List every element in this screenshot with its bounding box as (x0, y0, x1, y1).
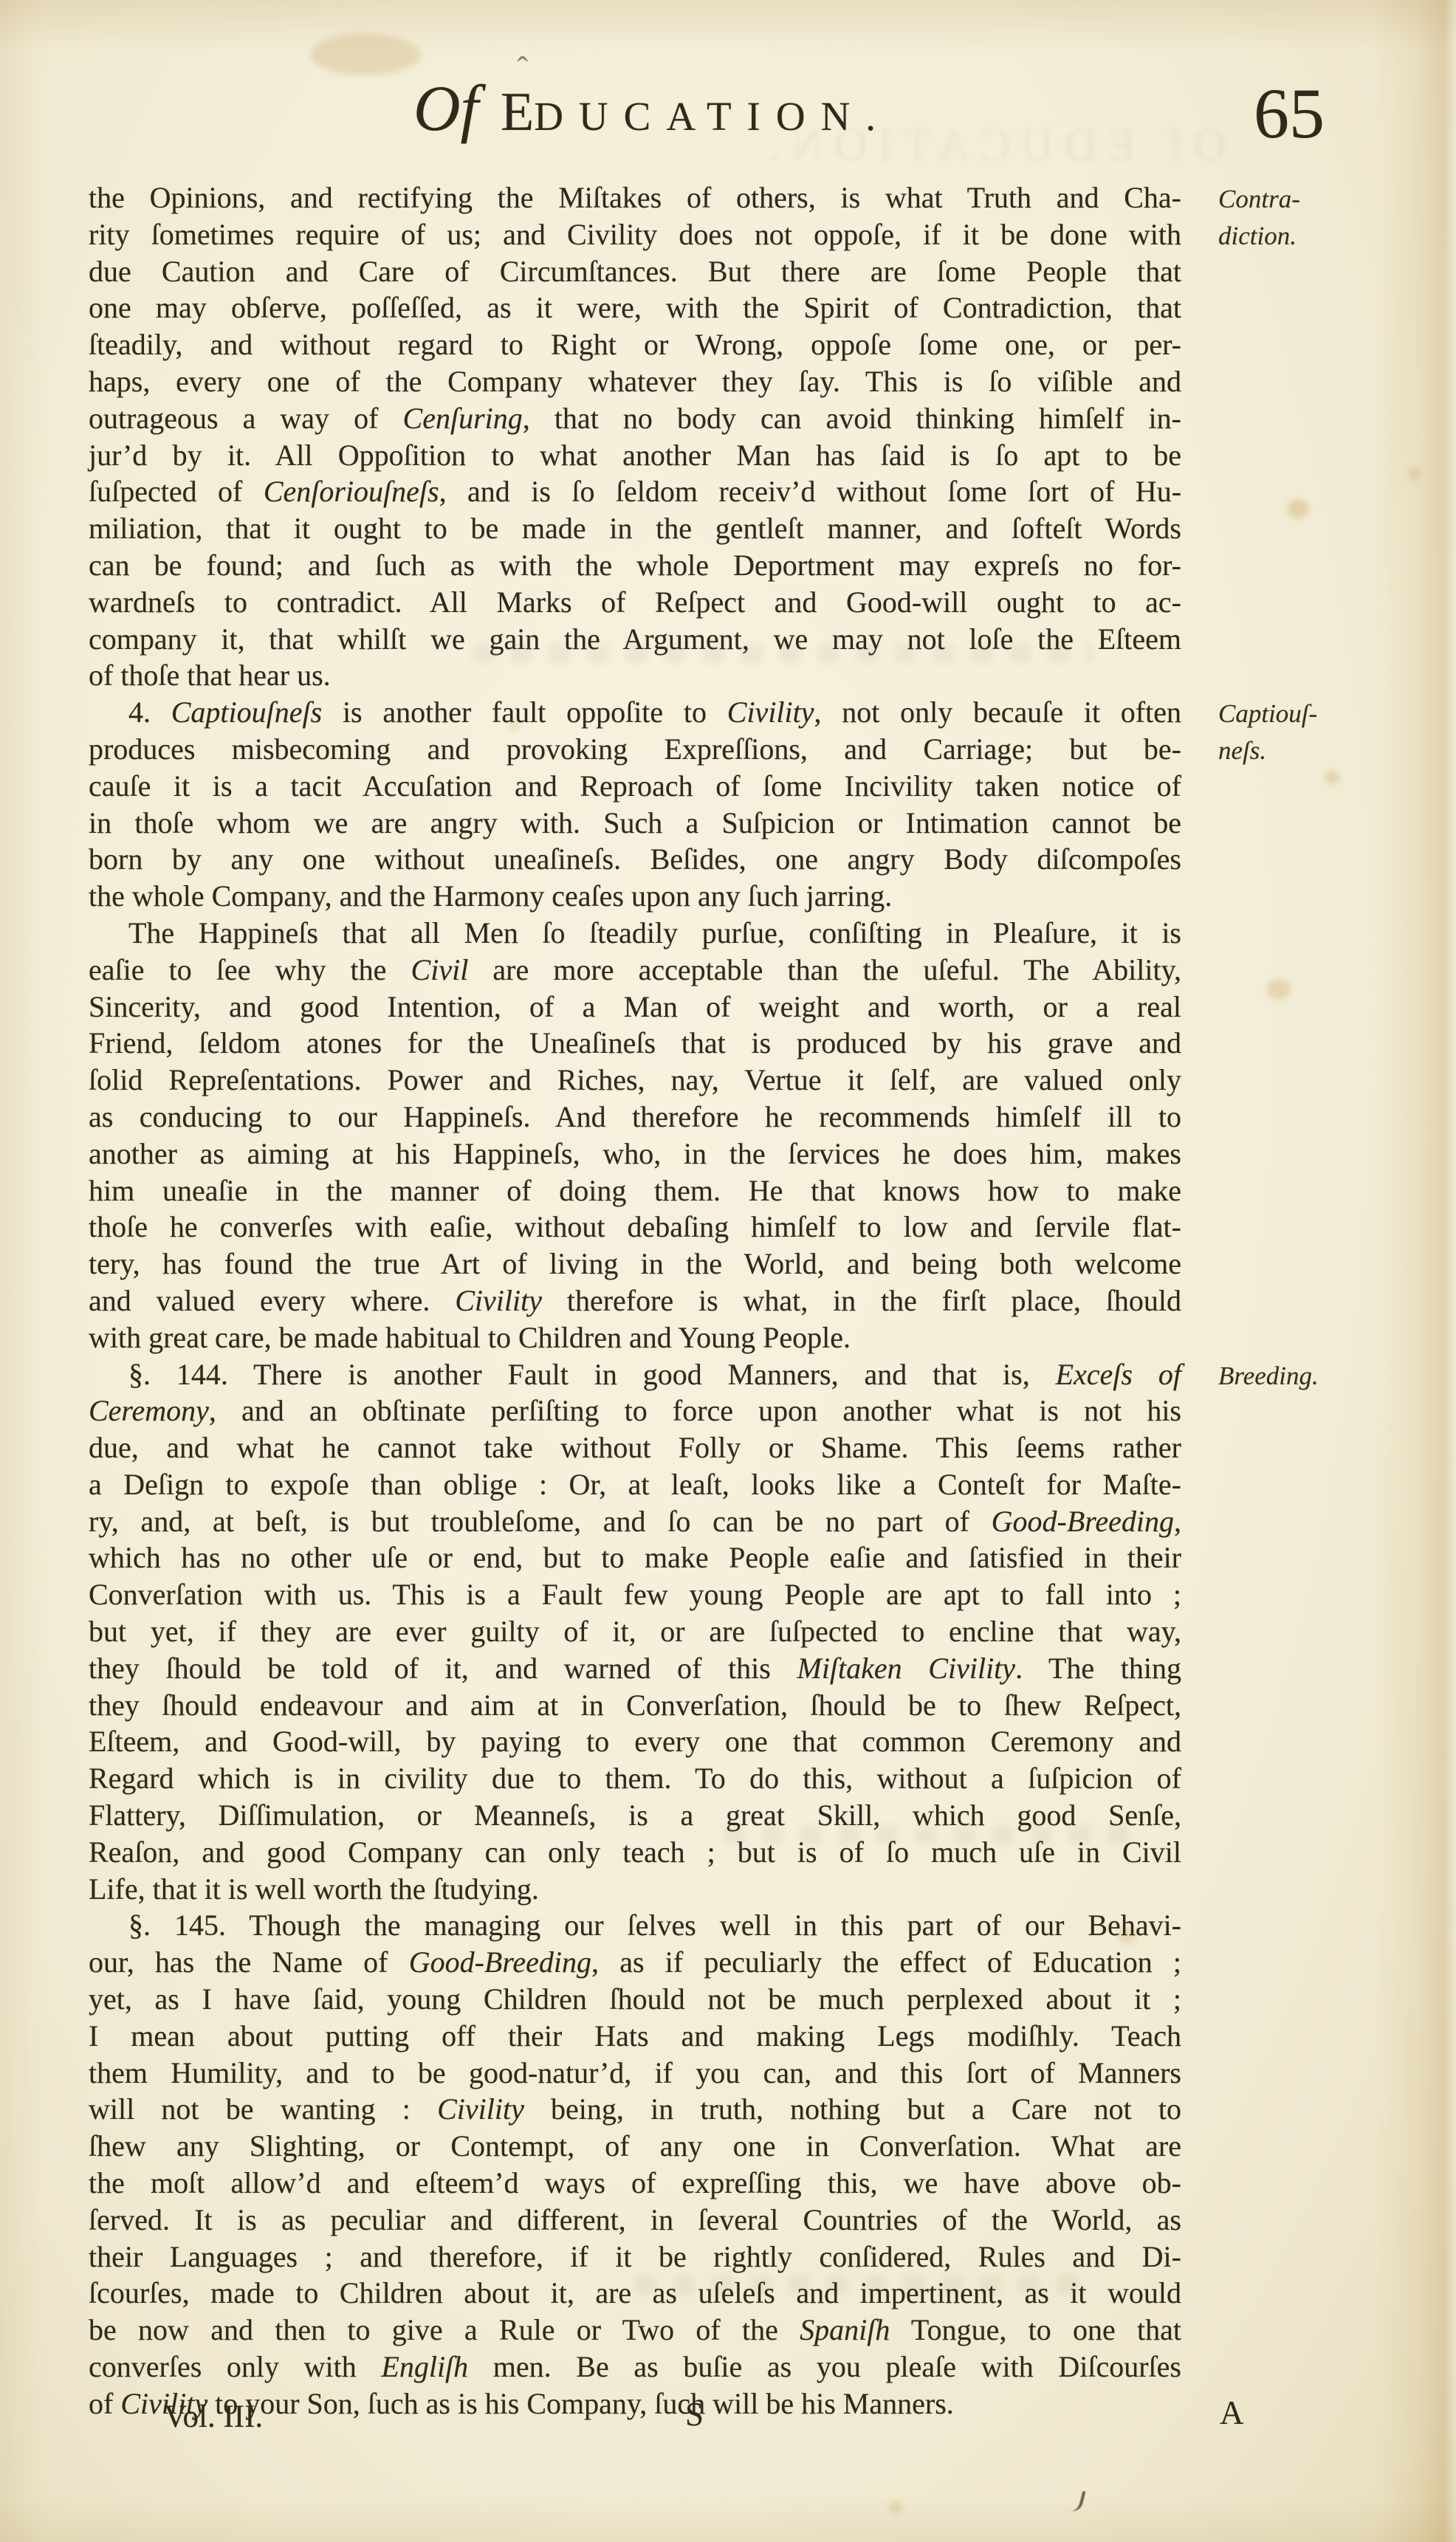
margin-note-line: diction. (1218, 218, 1388, 255)
margin-note: Captiouſ-neſs. (1218, 695, 1388, 769)
paper-stain (1325, 771, 1339, 784)
text-line: Friend, ſeldom atones for the Uneaſineſs… (89, 1025, 1181, 1062)
text-line: cauſe it is a tacit Accuſation and Repro… (89, 768, 1181, 805)
text-line: ſerved. It is as peculiar and different,… (89, 2202, 1181, 2239)
text-line: they ſhould endeavour and aim at in Conv… (89, 1687, 1181, 1724)
scan-bottom-edge (0, 2498, 1456, 2542)
text-line: them Humility, and to be good-natur’d, i… (89, 2055, 1181, 2092)
text-line: and valued every where. Civility therefo… (89, 1282, 1181, 1319)
text-line: with great care, be made habitual to Chi… (89, 1319, 1181, 1356)
scan-left-edge (0, 0, 44, 2542)
text-line: Life, that it is well worth the ſtudying… (89, 1871, 1181, 1908)
text-line: as conducing to our Happineſs. And there… (89, 1099, 1181, 1136)
margin-note: Contra-diction. (1218, 181, 1388, 255)
text-line: him uneaſie in the manner of doing them.… (89, 1172, 1181, 1209)
text-line: Sincerity, and good Intention, of a Man … (89, 989, 1181, 1026)
text-line: ry, and, at beſt, is but troubleſome, an… (89, 1503, 1181, 1540)
paper-stain (1267, 979, 1291, 1000)
text-line: be now and then to give a Rule or Two of… (89, 2312, 1181, 2349)
text-line: miliation, that it ought to be made in t… (89, 510, 1181, 547)
text-line: one may obſerve, poſſeſſed, as it were, … (89, 289, 1181, 326)
margin-note: Breeding. (1218, 1358, 1388, 1395)
text-line: but yet, if they are ever guilty of it, … (89, 1613, 1181, 1650)
text-line: Flattery, Diſſimulation, or Meanneſs, is… (89, 1797, 1181, 1834)
text-line: ſolid Repreſentations. Power and Riches,… (89, 1062, 1181, 1099)
text-line: produces misbecoming and provoking Expre… (89, 731, 1181, 768)
text-line: due Caution and Care of Circumſtances. B… (89, 253, 1181, 290)
text-line: converſes only with Engliſh men. Be as b… (89, 2349, 1181, 2385)
text-line: rity ſometimes require of us; and Civili… (89, 216, 1181, 253)
scan-right-edge (1375, 0, 1456, 2542)
margin-note-line: neſs. (1218, 732, 1388, 769)
text-line: haps, every one of the Company whatever … (89, 363, 1181, 400)
text-line: ſcourſes, made to Children about it, are… (89, 2275, 1181, 2312)
text-line: Regard which is in civility due to them.… (89, 1760, 1181, 1797)
text-line: 4. Captiouſneſs is another fault oppoſit… (89, 694, 1181, 731)
text-line: yet, as I have ſaid, young Children ſhou… (89, 1981, 1181, 2018)
text-line: the whole Company, and the Harmony ceaſe… (89, 878, 1181, 915)
text-line: Ceremony, and an obſtinate perſiſting to… (89, 1392, 1181, 1429)
text-line: Eſteem, and Good-will, by paying to ever… (89, 1723, 1181, 1760)
text-line: a Deſign to expoſe than oblige : Or, at … (89, 1466, 1181, 1503)
text-line: thoſe he converſes with eaſie, without d… (89, 1209, 1181, 1246)
volume-label: Vol. III. (164, 2401, 263, 2433)
text-line: ſuſpected of Cenſoriouſneſs, and is ſo ſ… (89, 473, 1181, 510)
catchword: A (1220, 2397, 1244, 2430)
signature-mark: S (685, 2398, 704, 2431)
text-line: wardneſs to contradict. All Marks of Reſ… (89, 584, 1181, 621)
text-line: Reaſon, and good Company can only teach … (89, 1834, 1181, 1871)
text-line: the Opinions, and rectifying the Miſtake… (89, 179, 1181, 216)
text-line: born by any one without uneaſineſs. Beſi… (89, 841, 1181, 878)
text-line: our, has the Name of Good-Breeding, as i… (89, 1944, 1181, 1981)
text-line: Converſation with us. This is a Fault fe… (89, 1576, 1181, 1613)
scan-top-edge (0, 0, 1456, 52)
text-line: §. 145. Though the managing our ſelves w… (89, 1907, 1181, 1944)
text-line: can be found; and ſuch as with the whole… (89, 547, 1181, 584)
margin-note-line: Captiouſ- (1218, 695, 1388, 732)
text-line: §. 144. There is another Fault in good M… (89, 1356, 1181, 1393)
title-initial-letter: E (501, 85, 534, 140)
text-line: the moſt allow’d and eſteem’d ways of ex… (89, 2165, 1181, 2202)
text-line: tery, has found the true Art of living i… (89, 1246, 1181, 1282)
ink-mark-artifact (1066, 2488, 1086, 2513)
paper-stain (1409, 468, 1421, 479)
text-line: company it, that whilſt we gain the Argu… (89, 621, 1181, 658)
page-number: 65 (1254, 78, 1325, 149)
text-line: another as aiming at his Happineſs, who,… (89, 1136, 1181, 1172)
margin-note-line: Breeding. (1218, 1358, 1388, 1395)
paper-stain (310, 34, 421, 75)
paper-stain (1288, 499, 1308, 518)
text-line: which has no other uſe or end, but to ma… (89, 1539, 1181, 1576)
paper-stain (889, 2501, 902, 2513)
text-line: of thoſe that hear us. (89, 657, 1181, 694)
margin-note-line: Contra- (1218, 181, 1388, 218)
text-line: The Happineſs that all Men ſo ſteadily p… (89, 915, 1181, 952)
title-word-of: Of (413, 77, 478, 142)
book-page-scan: Of EDUCATION. ˆ Of E DUCATION. 65 the Op… (0, 0, 1456, 2542)
text-line: ſteadily, and without regard to Right or… (89, 326, 1181, 363)
page-title: Of E DUCATION. (413, 77, 891, 142)
text-line: their Languages ; and therefore, if it b… (89, 2239, 1181, 2275)
title-rest: DUCATION. (534, 96, 891, 137)
text-line: I mean about putting off their Hats and … (89, 2018, 1181, 2055)
text-line: will not be wanting : Civility being, in… (89, 2091, 1181, 2128)
text-line: eaſie to ſee why the Civil are more acce… (89, 952, 1181, 989)
text-line: due, and what he cannot take without Fol… (89, 1429, 1181, 1466)
text-line: they ſhould be told of it, and warned of… (89, 1650, 1181, 1687)
text-line: in thoſe whom we are angry with. Such a … (89, 805, 1181, 842)
text-line: ſhew any Slighting, or Contempt, of any … (89, 2128, 1181, 2165)
text-line: outrageous a way of Cenſuring, that no b… (89, 400, 1181, 437)
body-text: the Opinions, and rectifying the Miſtake… (89, 179, 1181, 2422)
text-line: jur’d by it. All Oppoſition to what anot… (89, 437, 1181, 474)
